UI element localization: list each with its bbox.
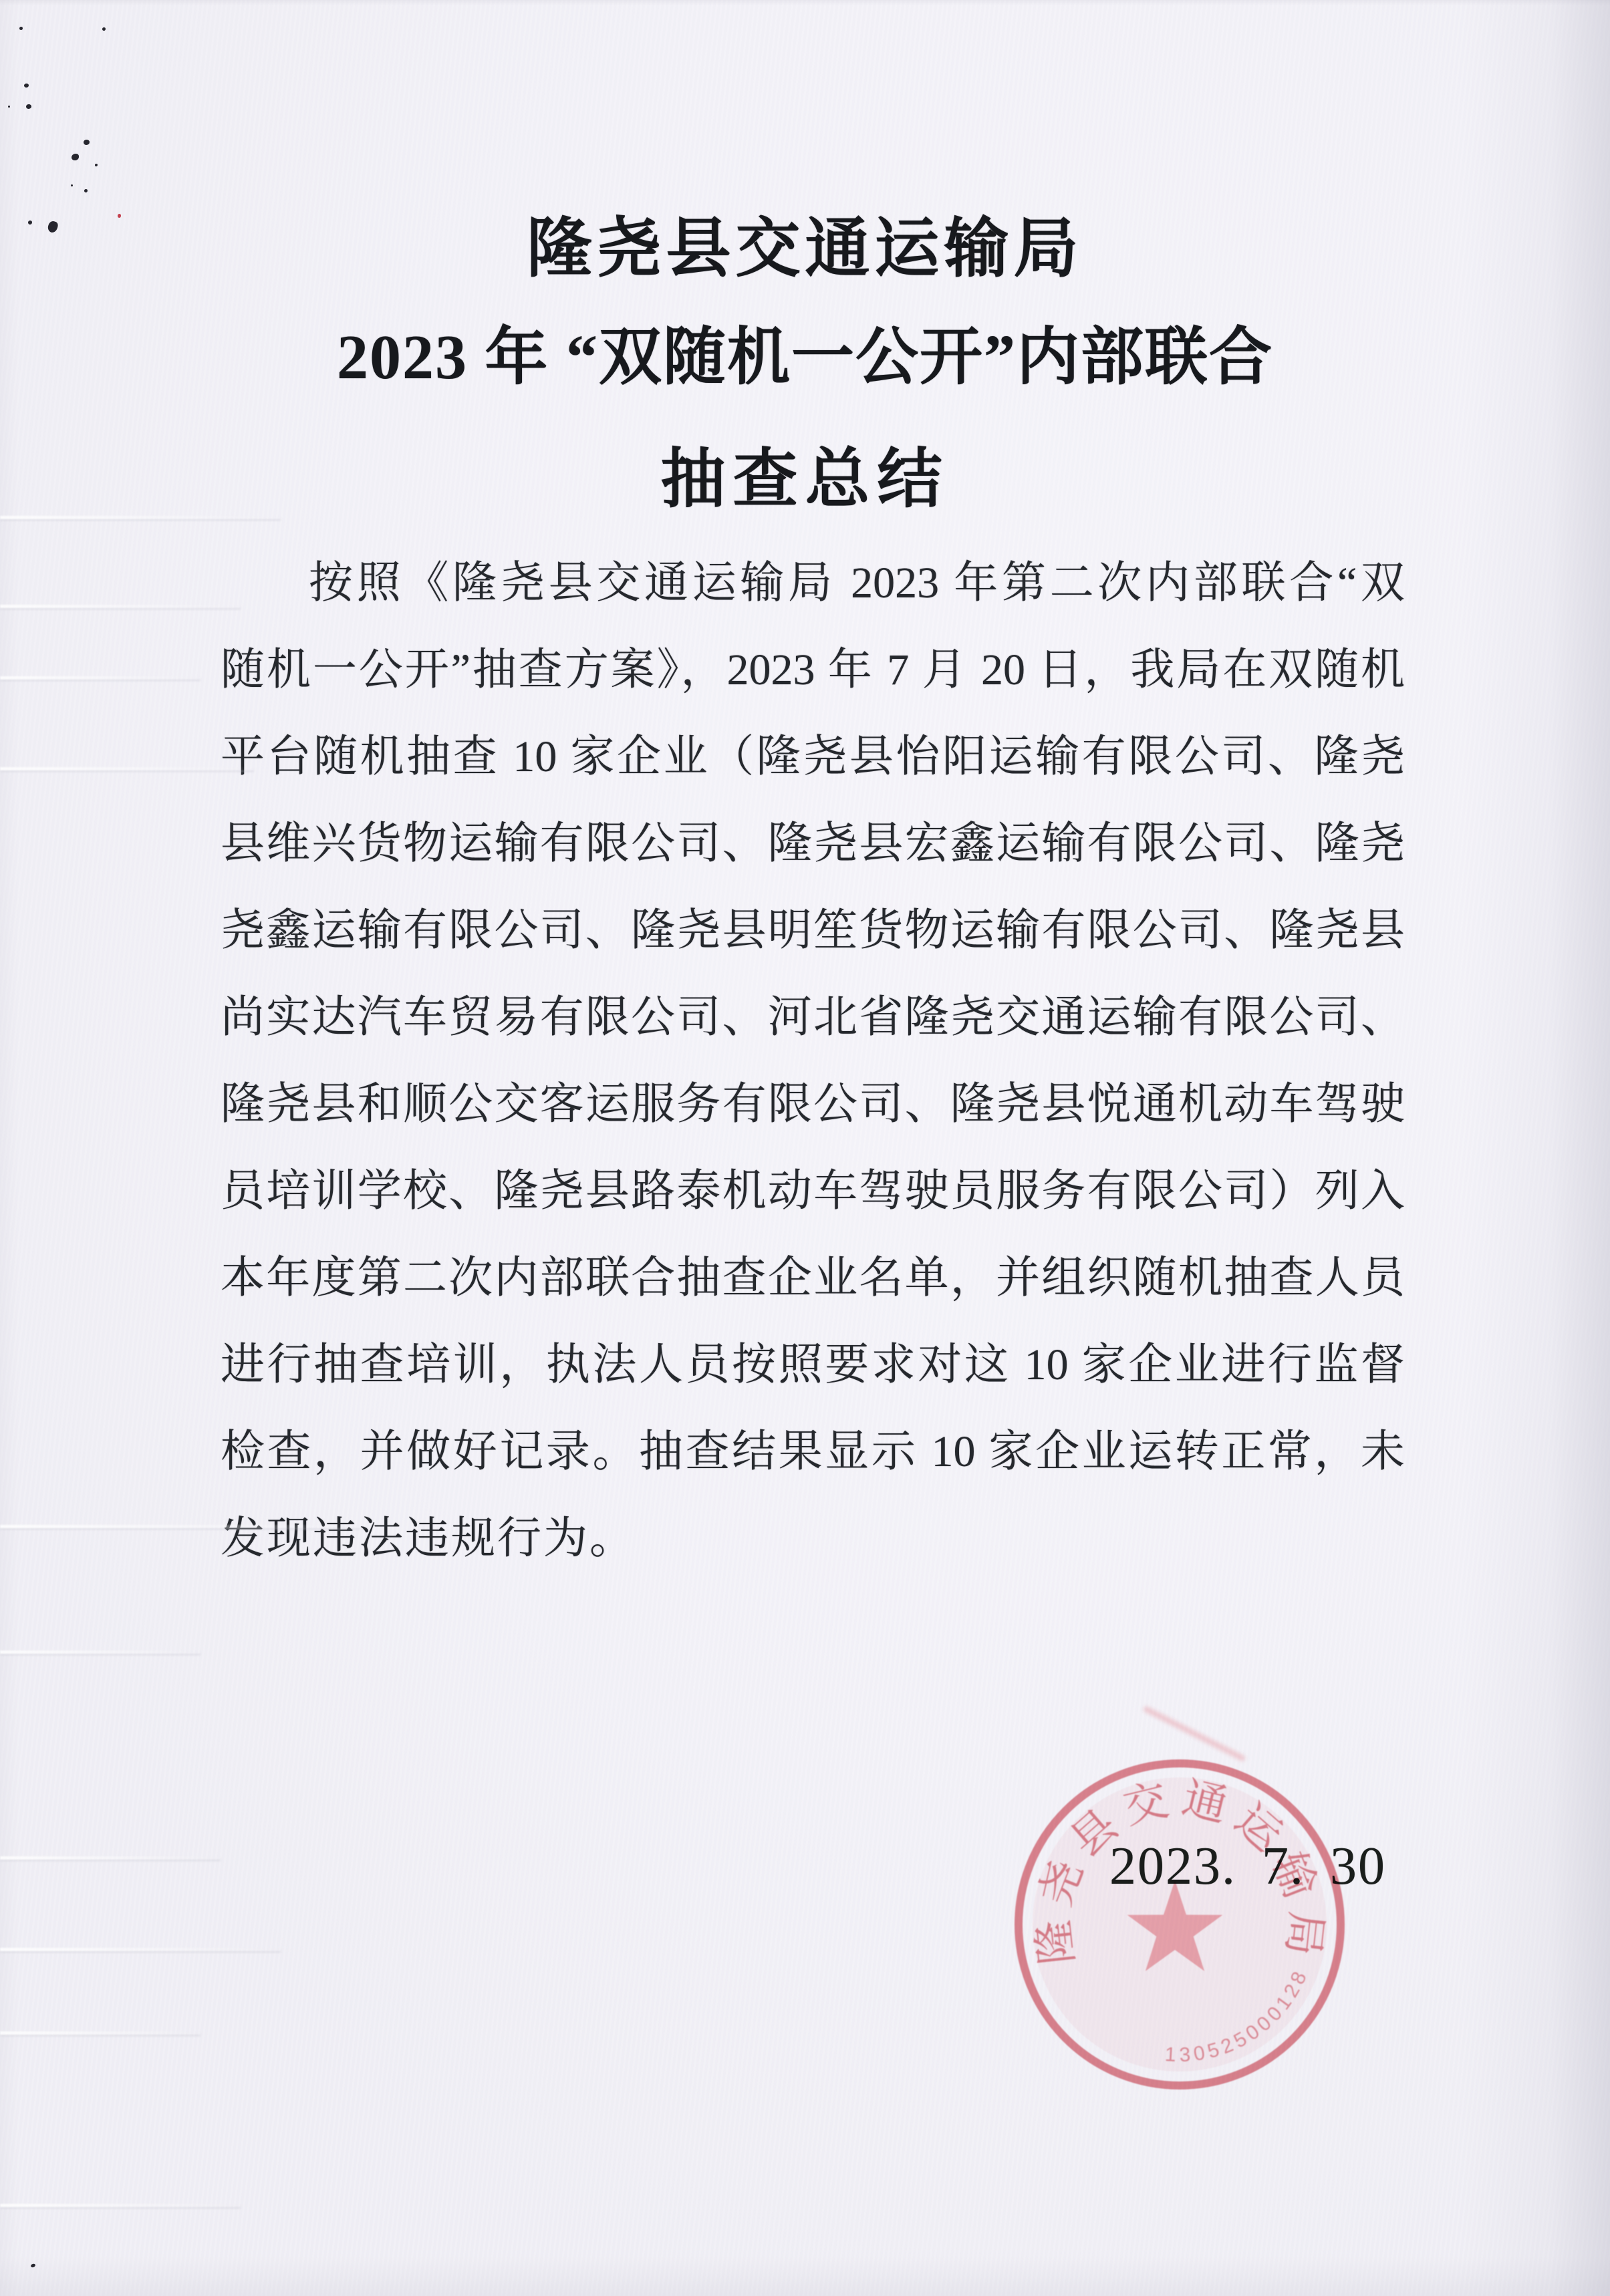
body-line: 员培训学校、隆尧县路泰机动车驾驶员服务有限公司）列入	[221, 1155, 1405, 1228]
body-line: 发现违法违规行为。	[221, 1502, 1405, 1576]
official-seal: 隆尧县交通运输局 1305250001285	[998, 1743, 1361, 2106]
body-line: 隆尧县和顺公交客运服务有限公司、隆尧县悦通机动车驾驶	[221, 1068, 1405, 1141]
body-line: 进行抽查培训，执法人员按照要求对这 10 家企业进行监督	[221, 1328, 1405, 1402]
body-line: 平台随机抽查 10 家企业（隆尧县怡阳运输有限公司、隆尧	[221, 720, 1405, 794]
document-title-line-2: 2023 年 “双随机一公开”内部联合	[0, 306, 1610, 396]
body-line: 县维兴货物运输有限公司、隆尧县宏鑫运输有限公司、隆尧	[221, 807, 1405, 881]
body-line: 按照《隆尧县交通运输局 2023 年第二次内部联合“双	[309, 547, 1405, 620]
document-title-line-3: 抽查总结	[0, 426, 1610, 520]
body-line: 本年度第二次内部联合抽查企业名单，并组织随机抽查人员	[221, 1242, 1405, 1315]
body-line: 检查，并做好记录。抽查结果显示 10 家企业运转正常，未	[221, 1415, 1405, 1489]
document-title-line-1: 隆尧县交通运输局	[0, 196, 1610, 289]
body-line: 尚实达汽车贸易有限公司、河北省隆尧交通运输有限公司、	[221, 981, 1405, 1054]
date-stamp: 2023. 7. 30	[1109, 1836, 1386, 1897]
body-line: 随机一公开”抽查方案》，2023 年 7 月 20 日，我局在双随机	[221, 633, 1405, 707]
body-line: 尧鑫运输有限公司、隆尧县明笙货物运输有限公司、隆尧县	[221, 894, 1405, 968]
scanned-document-page: 隆尧县交通运输局 2023 年 “双随机一公开”内部联合 抽查总结 按照《隆尧县…	[0, 0, 1610, 2296]
